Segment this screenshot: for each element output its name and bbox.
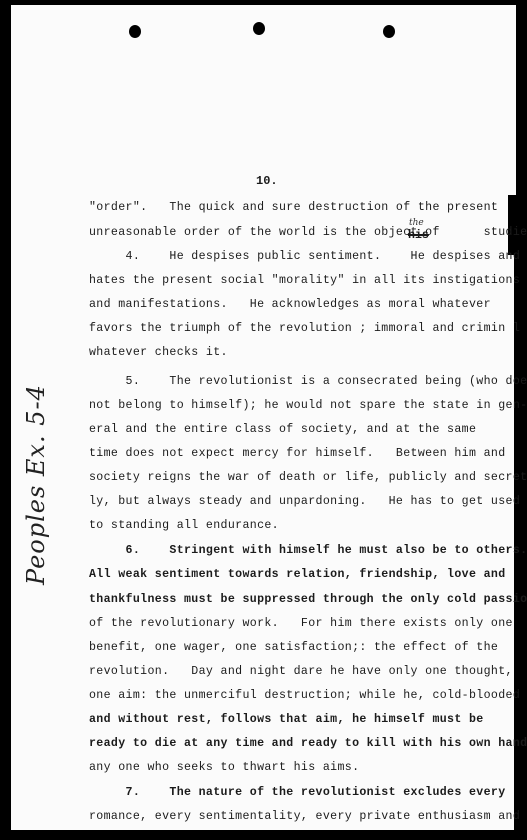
text-line: whatever checks it. [89,346,228,360]
text-line: to standing all endurance. [89,519,279,533]
text-line: eral and the entire class of society, an… [89,423,476,437]
text-line: "order". The quick and sure destruction … [89,201,498,215]
text-line: unreasonable order of the world is the o… [89,226,527,240]
punch-hole-right [383,25,395,38]
text-line: favors the triumph of the revolution ; i… [89,322,520,336]
text-line: ly, but always steady and unpardoning. H… [89,495,520,509]
text-line: and without rest, follows that aim, he h… [89,713,484,727]
text-line: ready to die at any time and ready to ki… [89,737,527,751]
text-line: romance, every sentimentality, every pri… [89,810,520,824]
document-page [11,5,516,830]
punch-hole-left [129,25,141,38]
text-line: and manifestations. He acknowledges as m… [89,298,491,312]
text-line: benefit, one wager, one satisfaction;: t… [89,641,498,655]
text-line: one aim: the unmerciful destruction; whi… [89,689,520,703]
punch-hole-center [253,22,265,35]
text-line: 5. The revolutionist is a consecrated be… [89,375,527,389]
text-line: 4. He despises public sentiment. He desp… [89,250,520,264]
page-number: 10. [256,174,278,188]
text-line: thankfulness must be suppressed through … [89,593,527,607]
text-line: of the revolutionary work. For him there… [89,617,513,631]
text-line: 7. The nature of the revolutionist exclu… [89,786,506,800]
text-line: 6. Stringent with himself he must also b… [89,544,527,558]
text-line: any one who seeks to thwart his aims. [89,761,359,775]
text-line: not belong to himself); he would not spa… [89,399,527,413]
handwritten-exhibit-label: Peoples Ex. 5-4 [22,384,50,585]
text-line: society reigns the war of death or life,… [89,471,527,485]
text-line: revolution. Day and night dare he have o… [89,665,513,679]
text-line: hates the present social "morality" in a… [89,274,520,288]
text-line: All weak sentiment towards relation, fri… [89,568,506,582]
text-line: time does not expect mercy for himself. … [89,447,506,461]
scan-edge-shadow [508,195,516,255]
